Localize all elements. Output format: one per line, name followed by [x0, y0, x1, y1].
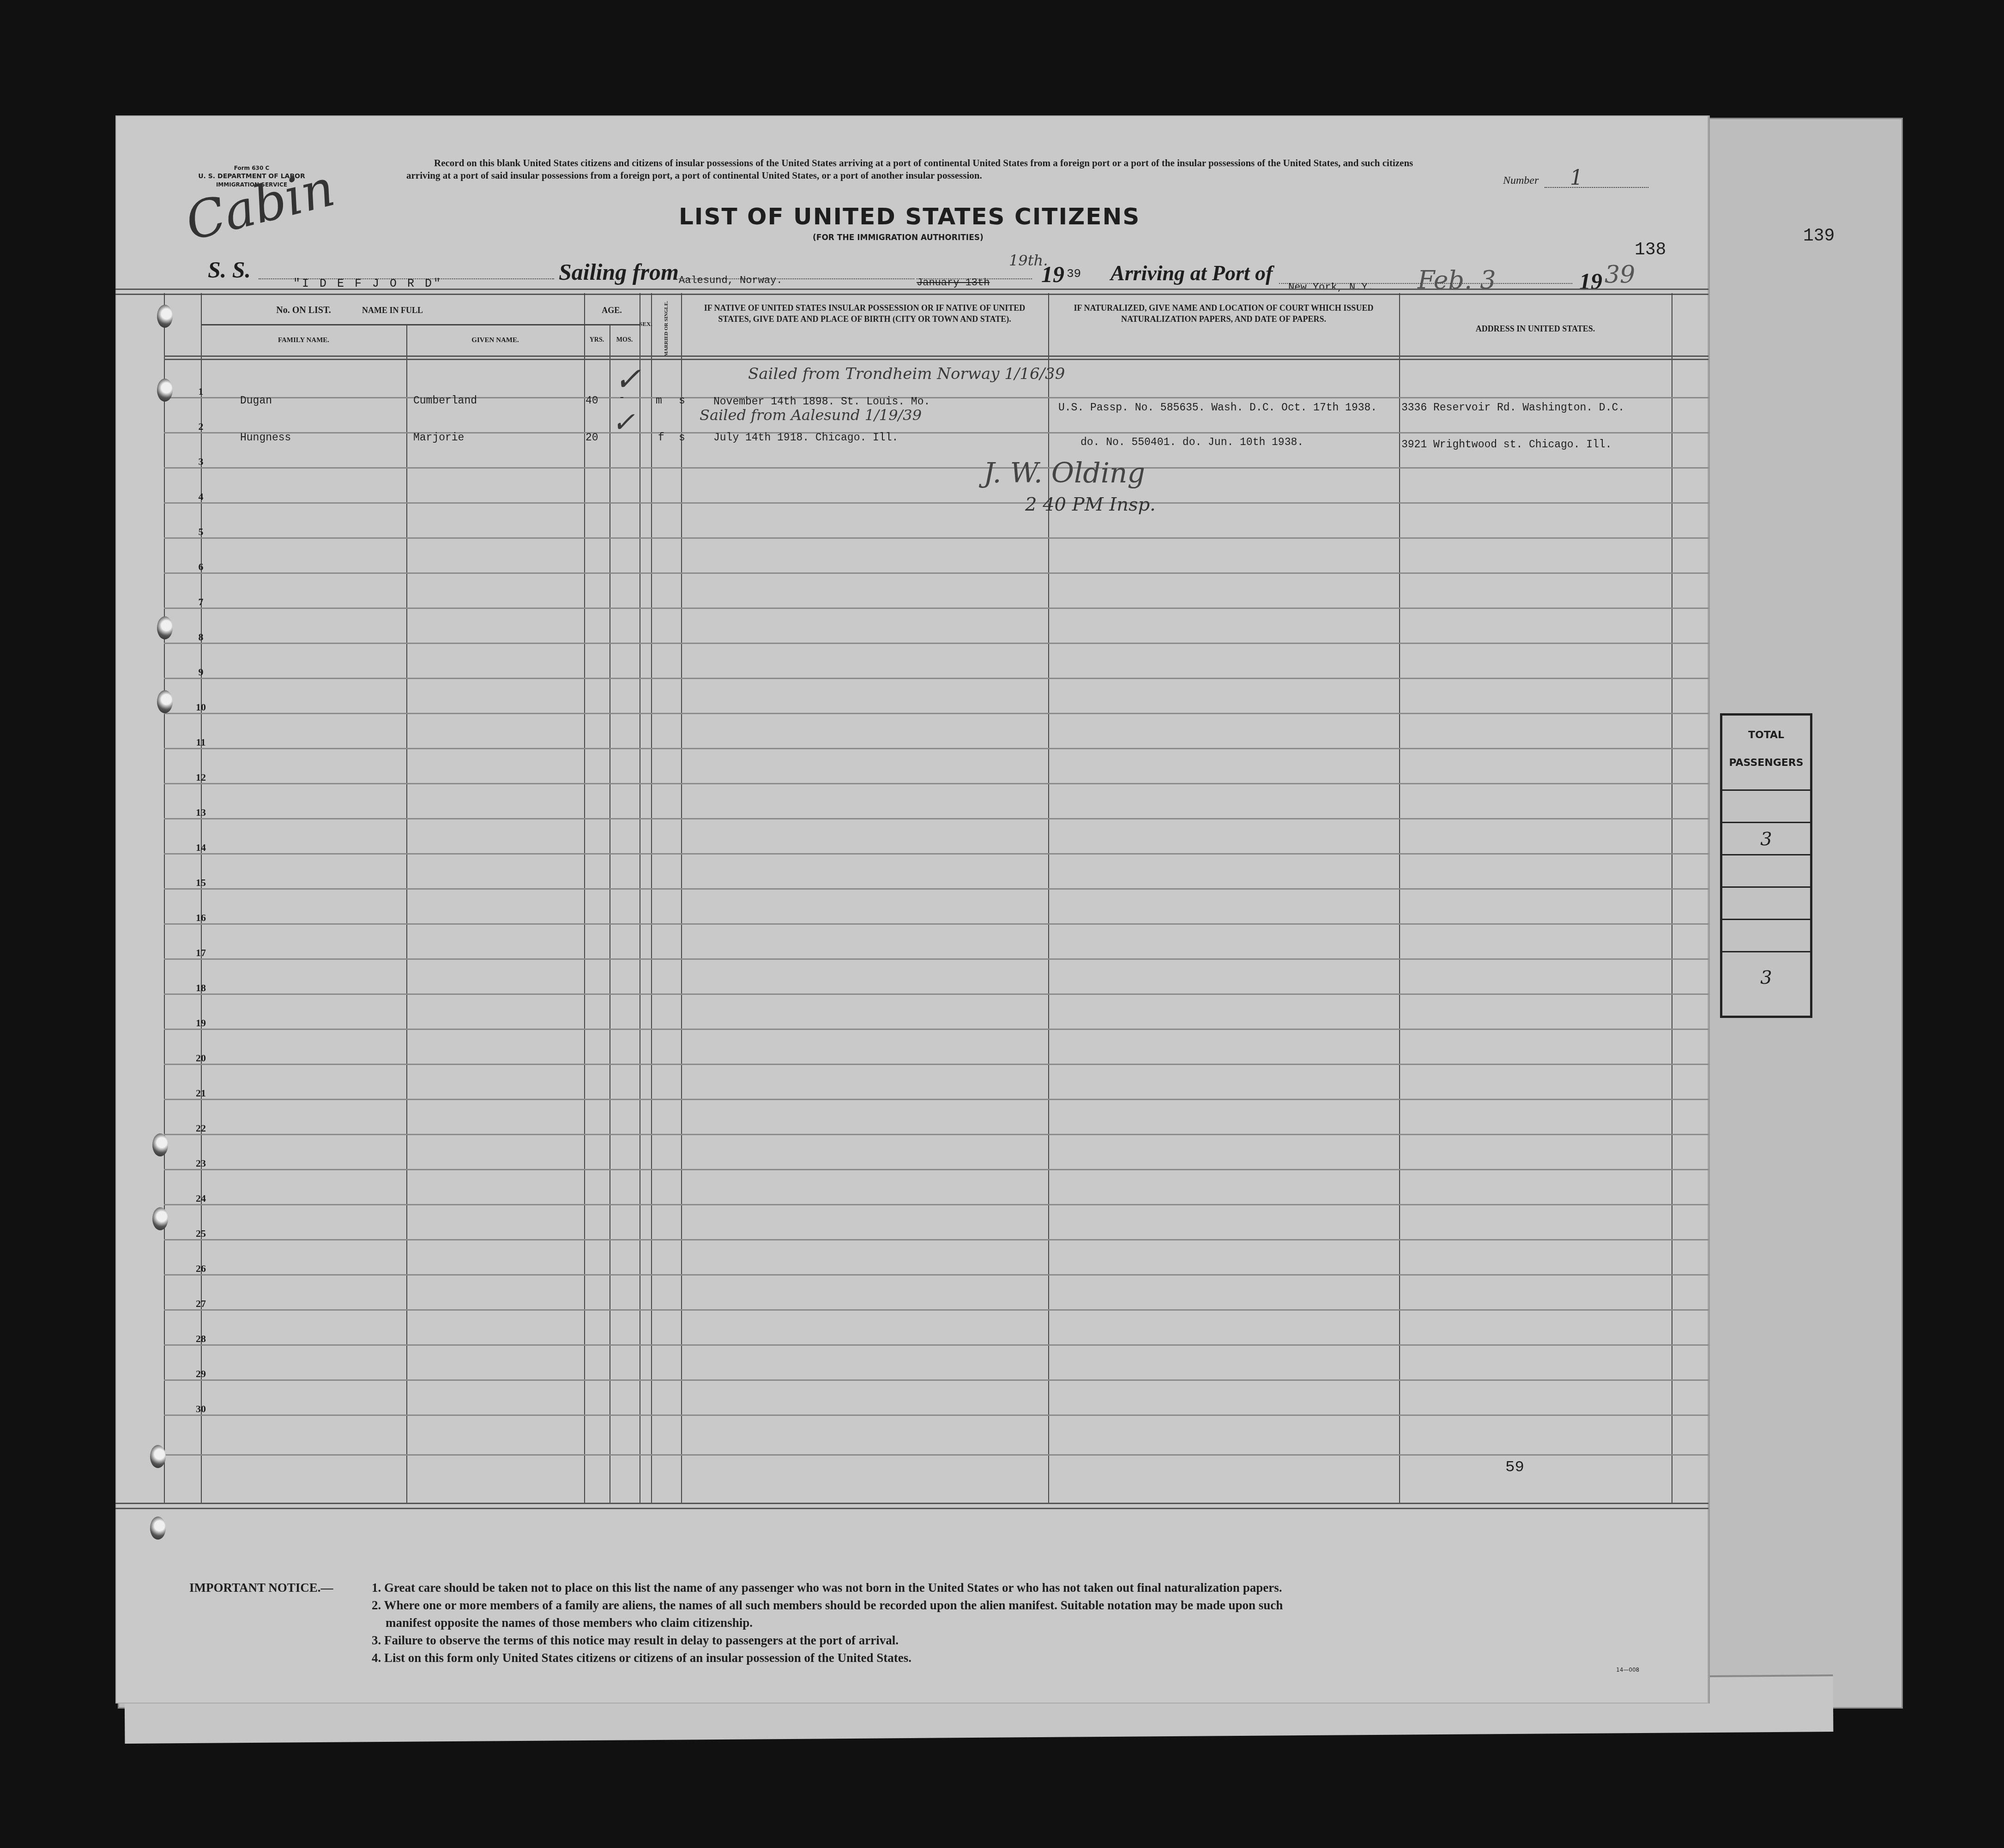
row-line	[164, 397, 1708, 398]
header-married-single: MARRIED OR SINGLE.	[661, 300, 672, 358]
row-number: 10	[182, 701, 219, 713]
total-label: TOTAL	[1722, 729, 1810, 741]
notice-item-4: 4. List on this form only United States …	[372, 1649, 1688, 1667]
row-line	[164, 1204, 1708, 1205]
row-number: 23	[182, 1157, 219, 1169]
sailing-year-suffix: 39	[1067, 267, 1081, 281]
col-line	[164, 293, 165, 1503]
notice-item-3: 3. Failure to observe the terms of this …	[372, 1631, 1688, 1649]
row-number: 16	[182, 912, 219, 924]
row-number: 1	[182, 385, 219, 397]
table-bottom-rule	[115, 1503, 1708, 1509]
form-instructions: Record on this blank United States citiz…	[406, 157, 1436, 182]
row-line	[164, 1379, 1708, 1381]
notice-item-1: 1. Great care should be taken not to pla…	[372, 1579, 1688, 1596]
header-yrs: YRS.	[584, 335, 610, 346]
row-number: 27	[182, 1298, 219, 1310]
total-passengers-value-1: 3	[1722, 829, 1810, 850]
row1-birth-note: Sailed from Trondheim Norway 1/16/39	[748, 365, 1065, 383]
row-number: 8	[182, 631, 219, 643]
header-mos: MOS.	[610, 335, 640, 346]
manifest-sheet	[115, 115, 1710, 1704]
row-number: 15	[182, 877, 219, 889]
tp-divider	[1722, 822, 1810, 823]
header-address: ADDRESS IN UNITED STATES.	[1399, 323, 1672, 334]
col-line	[1672, 293, 1672, 1503]
passengers-label: PASSENGERS	[1722, 757, 1810, 769]
row-line	[164, 1274, 1708, 1276]
row2-sex: f	[658, 432, 664, 444]
col-line	[1399, 293, 1400, 1503]
row-number: 22	[182, 1122, 219, 1134]
sailing-date-typed: January 13th	[917, 277, 990, 289]
row-number: 5	[182, 526, 219, 538]
row2-given-name: Marjorie	[413, 432, 464, 444]
row-line	[164, 502, 1708, 504]
tp-divider	[1722, 919, 1810, 920]
tp-divider	[1722, 789, 1810, 791]
row-line	[164, 1064, 1708, 1065]
row-line	[164, 958, 1708, 960]
punch-hole	[152, 1133, 168, 1156]
number-line	[1545, 187, 1648, 188]
sailing-from-label: Sailing from	[559, 259, 679, 285]
row-line	[164, 572, 1708, 574]
row-line	[164, 713, 1708, 714]
row1-sex: m	[656, 395, 662, 407]
row2-address: 3921 Wrightwood st. Chicago. Ill.	[1401, 439, 1612, 451]
row-line	[164, 1454, 1708, 1456]
row-line	[164, 1239, 1708, 1240]
row-line	[164, 608, 1708, 609]
row1-age-yrs: 40	[586, 395, 598, 407]
sailing-year-prefix: 19	[1041, 261, 1064, 288]
punch-hole	[152, 1207, 168, 1230]
row-line	[164, 993, 1708, 995]
row1-naturalized: U.S. Passp. No. 585635. Wash. D.C. Oct. …	[1058, 402, 1377, 414]
row-line	[164, 537, 1708, 539]
row-line	[164, 1309, 1708, 1311]
row-number: 12	[182, 771, 219, 783]
row-number: 9	[182, 666, 219, 678]
row-number: 11	[182, 736, 219, 748]
col-line	[201, 293, 202, 1503]
header-name-in-full: NAME IN FULL	[201, 305, 584, 316]
stamp-number: 59	[1505, 1459, 1524, 1476]
arriving-year-suffix: 39	[1605, 261, 1635, 289]
row-number: 21	[182, 1087, 219, 1099]
row-number: 3	[182, 456, 219, 468]
row1-family-name: Dugan	[240, 395, 272, 407]
row-number: 28	[182, 1333, 219, 1345]
punch-hole	[157, 616, 173, 639]
row-line	[164, 888, 1708, 890]
ss-label: S. S.	[208, 256, 251, 283]
inspector-note: 2 40 PM Insp.	[1025, 494, 1156, 515]
tp-divider	[1722, 886, 1810, 888]
row-number: 6	[182, 561, 219, 573]
row2-birth: July 14th 1918. Chicago. Ill.	[713, 432, 898, 444]
inspector-signature: J. W. Olding	[984, 457, 1145, 489]
table-top-rule	[115, 289, 1708, 295]
form-code: 14—008	[1616, 1667, 1639, 1673]
row-number: 7	[182, 596, 219, 608]
notice-items: 1. Great care should be taken not to pla…	[372, 1579, 1688, 1667]
punch-hole	[157, 690, 173, 713]
row-line	[164, 1134, 1708, 1135]
notice-item-2: 2. Where one or more members of a family…	[372, 1596, 1688, 1614]
header-naturalized: IF NATURALIZED, GIVE NAME AND LOCATION O…	[1057, 302, 1390, 325]
tp-divider	[1722, 951, 1810, 952]
row-line	[164, 1029, 1708, 1030]
notice-lead: IMPORTANT NOTICE.—	[189, 1579, 333, 1596]
row-line	[164, 1169, 1708, 1170]
row-number: 20	[182, 1052, 219, 1064]
check-mark-icon: ✓	[614, 360, 641, 398]
total-passengers-value-2: 3	[1722, 967, 1810, 988]
row1-address: 3336 Reservoir Rd. Washington. D.C.	[1401, 402, 1624, 414]
row-line	[164, 748, 1708, 749]
total-passengers-box: TOTAL PASSENGERS 3 3	[1720, 713, 1812, 1018]
row-line	[164, 853, 1708, 855]
col-line	[651, 293, 652, 1503]
row2-naturalized: do. No. 550401. do. Jun. 10th 1938.	[1080, 436, 1304, 448]
row1-given-name: Cumberland	[413, 395, 477, 407]
col-line	[584, 293, 585, 1503]
row-line	[164, 1344, 1708, 1346]
row-line	[164, 923, 1708, 925]
punch-hole	[157, 379, 173, 402]
arriving-label: Arriving at Port of	[1111, 261, 1273, 285]
header-sex: SEX.	[635, 319, 656, 330]
tp-divider	[1722, 854, 1810, 855]
punch-hole	[150, 1517, 166, 1540]
row-number: 17	[182, 947, 219, 959]
row-number: 24	[182, 1192, 219, 1204]
col-line	[681, 293, 682, 1503]
row-line	[164, 467, 1708, 469]
row-line	[164, 432, 1708, 433]
row-number: 30	[182, 1403, 219, 1415]
name-subheader-rule	[201, 324, 640, 325]
punch-hole	[150, 1445, 166, 1468]
row-line	[164, 818, 1708, 819]
page-title: LIST OF UNITED STATES CITIZENS	[679, 203, 1140, 230]
sailing-from: Aalesund, Norway.	[679, 275, 782, 286]
row-number: 4	[182, 491, 219, 503]
row2-age-yrs: 20	[586, 432, 598, 444]
header-birth: IF NATIVE OF UNITED STATES INSULAR POSSE…	[693, 302, 1037, 325]
row-line	[164, 643, 1708, 644]
row1-married: s	[679, 395, 685, 407]
row-number: 26	[182, 1263, 219, 1275]
row-line	[164, 783, 1708, 784]
check-mark-icon: ✓	[612, 406, 635, 439]
row-number: 25	[182, 1228, 219, 1240]
row2-family-name: Hungness	[240, 432, 291, 444]
col-line	[640, 293, 640, 1503]
page-subtitle: (FOR THE IMMIGRATION AUTHORITIES)	[813, 233, 984, 242]
row-line	[164, 1415, 1708, 1416]
row-number: 19	[182, 1017, 219, 1029]
front-page-number: 138	[1635, 240, 1666, 260]
header-age: AGE.	[584, 305, 640, 316]
row-number: 2	[182, 421, 219, 433]
notice-item-2-cont: manifest opposite the names of those mem…	[372, 1614, 1688, 1631]
back-page-number: 139	[1803, 226, 1835, 246]
row2-birth-note: Sailed from Aalesund 1/19/39	[700, 406, 922, 424]
number-label: Number	[1503, 175, 1539, 187]
row-line	[164, 678, 1708, 679]
row2-married: s	[679, 432, 685, 444]
row-number: 14	[182, 842, 219, 854]
punch-hole	[157, 305, 173, 328]
number-value: 1	[1570, 166, 1583, 190]
header-given-name: GIVEN NAME.	[406, 335, 584, 346]
header-family-name: FAMILY NAME.	[201, 335, 406, 346]
header-bottom-rule	[164, 355, 1708, 360]
row-number: 18	[182, 982, 219, 994]
row-number: 29	[182, 1368, 219, 1380]
row-number: 13	[182, 807, 219, 819]
row-line	[164, 1099, 1708, 1100]
